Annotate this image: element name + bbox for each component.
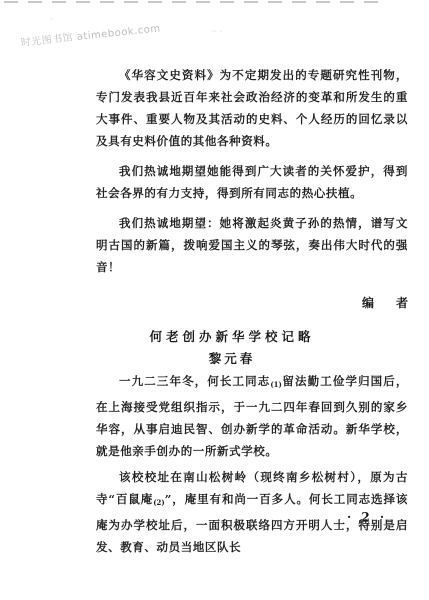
scan-edge-marks [0, 0, 429, 4]
preface-paragraph: 《华容文史资料》为不定期发出的专题研究性刊物，专门发表我县近百年来社会政治经济的… [96, 64, 408, 152]
scan-speck: ·· · [212, 27, 222, 36]
paragraph-text: 一九二三年冬，何长工同志 [119, 374, 270, 388]
scan-speck: · [50, 15, 53, 24]
preface-signature: 编者 [96, 292, 429, 314]
preface-paragraph: 我们热诚地期望：她将激起炎黄子孙的热情，谱写文明古国的新篇，拨响爱国主义的琴弦，… [96, 212, 408, 278]
watermark: 时光图书馆 atimebook.com [20, 19, 161, 49]
article-author: 黎元春 [96, 348, 408, 370]
article-paragraph: 一九二三年冬，何长工同志(1)留法勤工俭学归国后，在上海接受党组织指示，于一九二… [96, 370, 408, 462]
article-title: 何老创办新华学校记略 [96, 326, 408, 348]
preface-section: 《华容文史资料》为不定期发出的专题研究性刊物，专门发表我县近百年来社会政治经济的… [96, 64, 408, 314]
footnote-marker: (1) [270, 380, 282, 389]
page-number: · 2 · [347, 510, 387, 524]
footnote-marker: (2) [153, 498, 165, 507]
document-page: 《华容文史资料》为不定期发出的专题研究性刊物，专门发表我县近百年来社会政治经济的… [96, 64, 408, 558]
preface-paragraph: 我们热诚地期望她能得到广大读者的关怀爱护，得到社会各界的有力支持，得到所有同志的… [96, 160, 408, 204]
